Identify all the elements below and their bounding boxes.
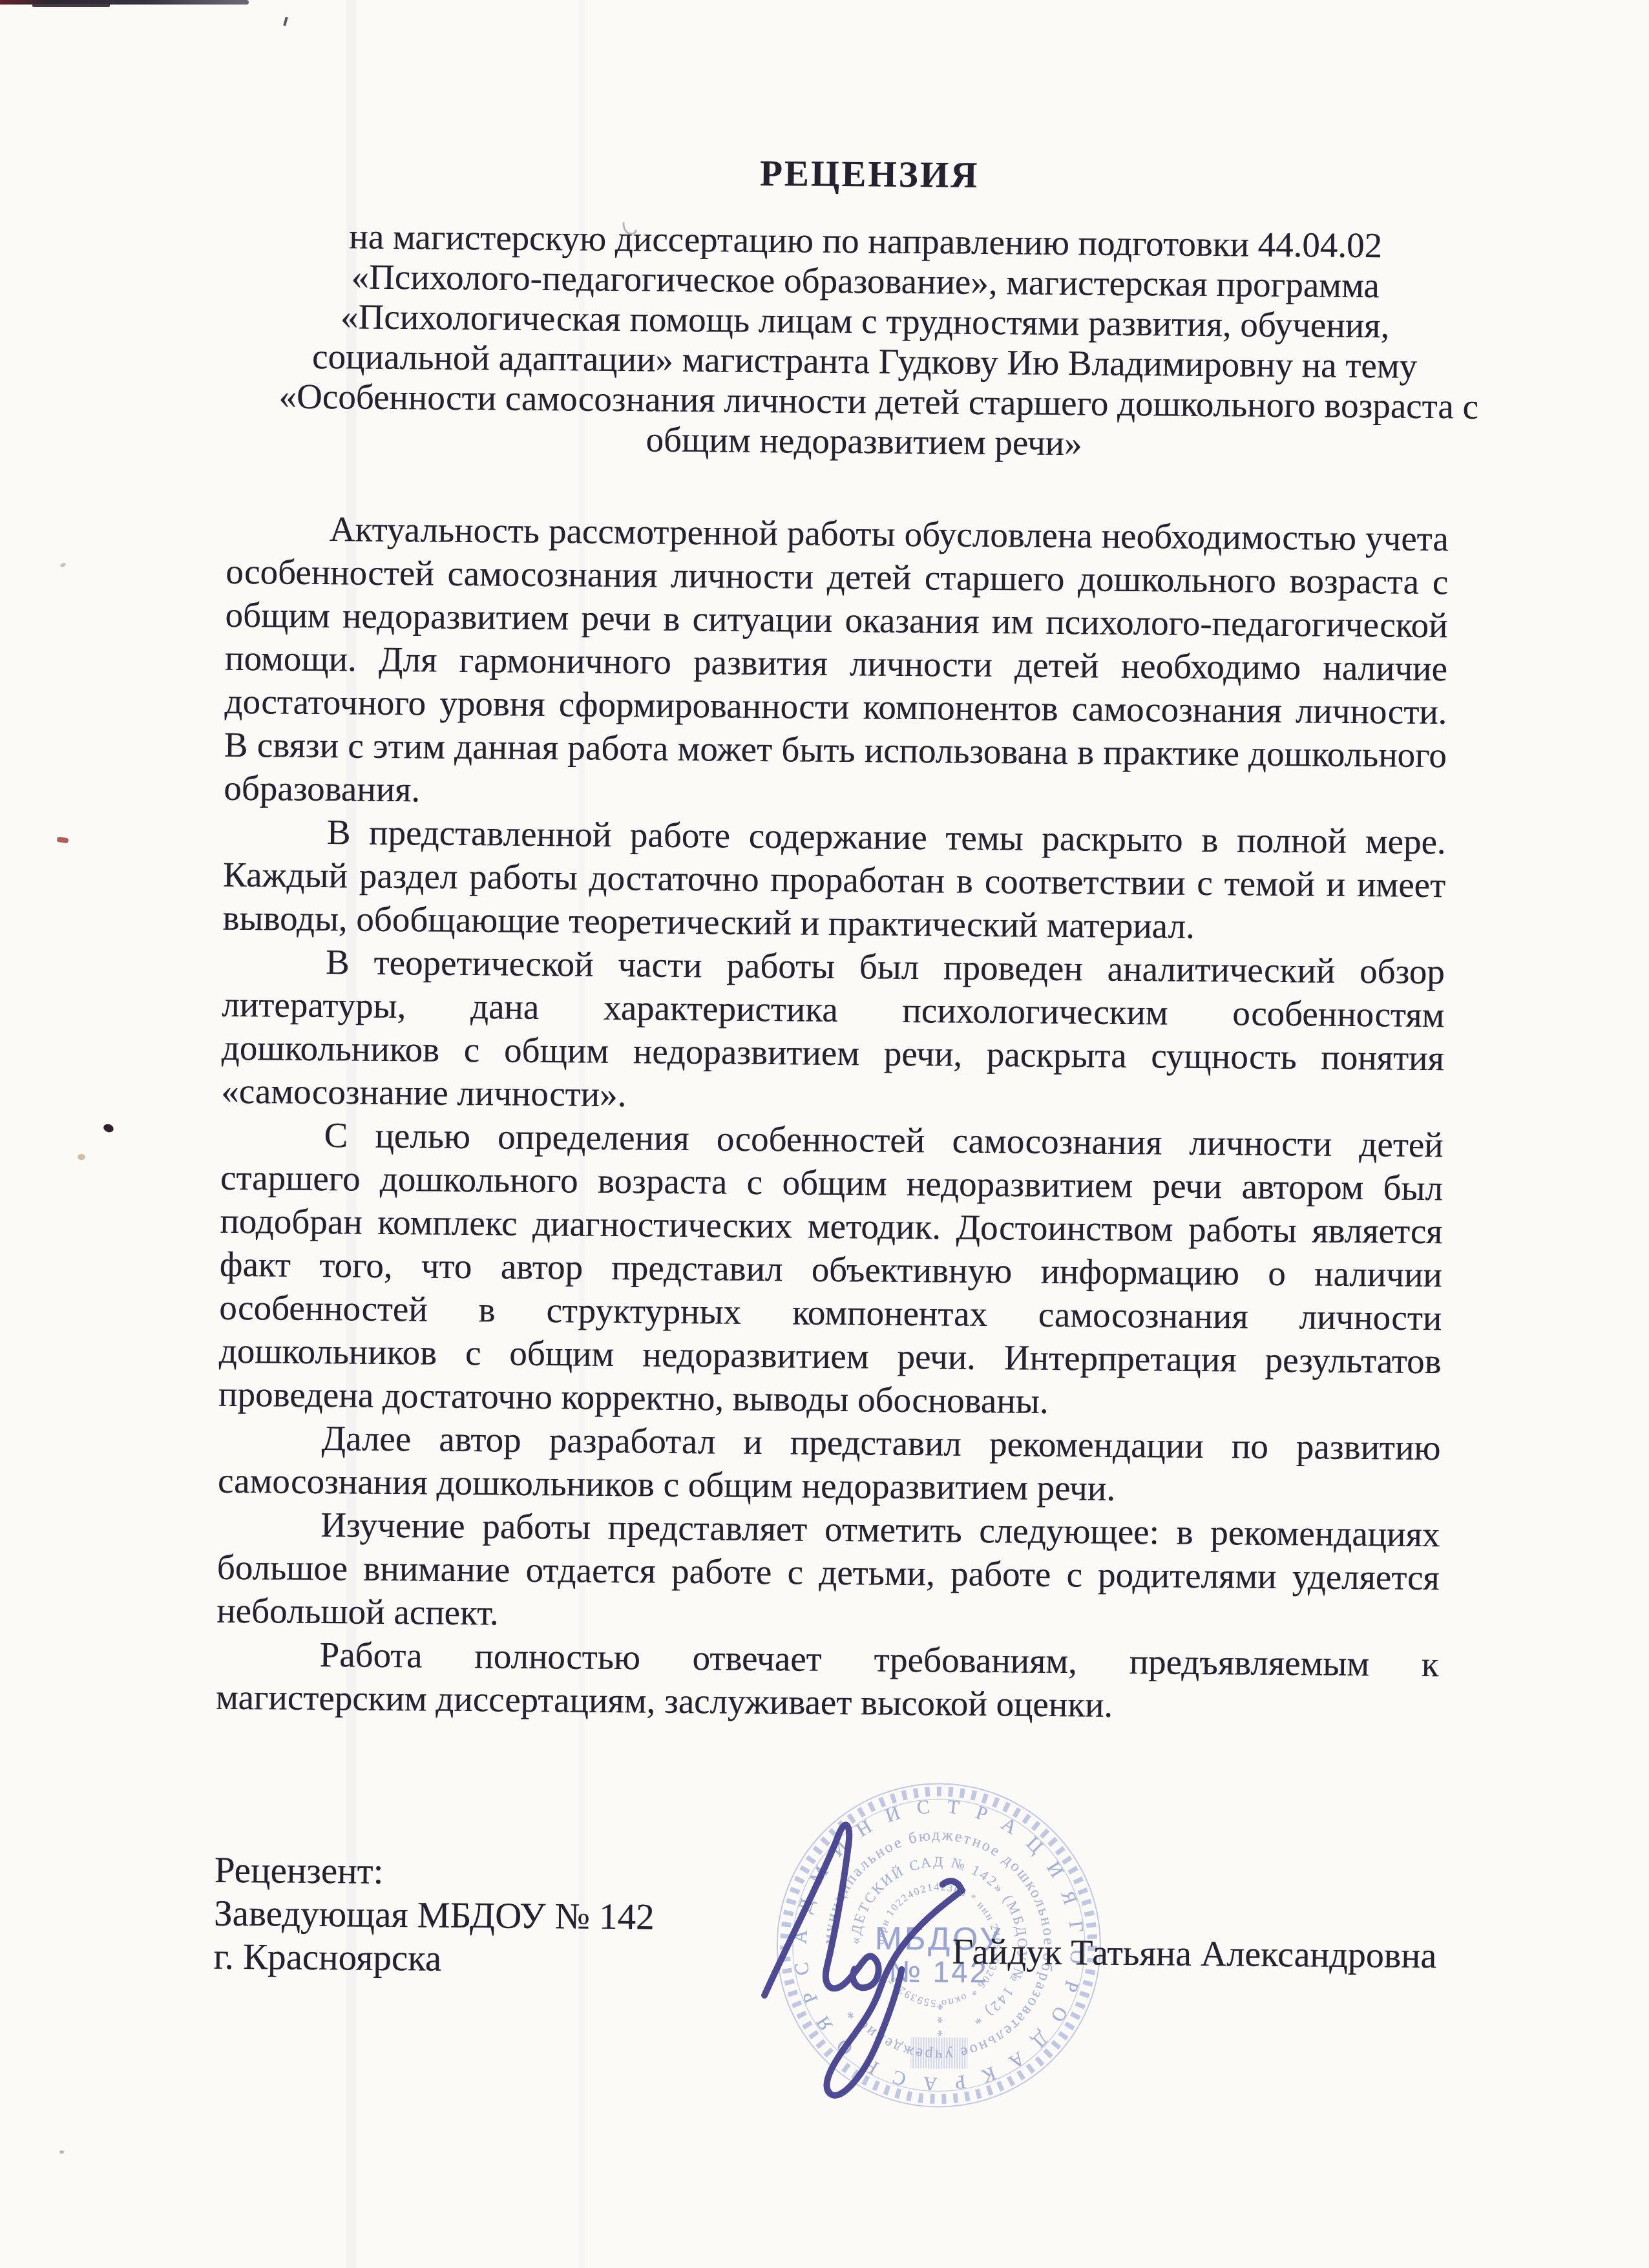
review-paragraph: С целью определения особенностей самосоз… [218, 1113, 1444, 1426]
scan-artifact [57, 837, 69, 843]
review-paragraph: Актуальность рассмотренной работы обусло… [224, 507, 1449, 820]
reviewer-name: Гайдук Татьяна Александровна [952, 1931, 1436, 1977]
review-text: Актуальность рассмотренной работы обусло… [216, 507, 1449, 1729]
document-title: РЕЦЕНЗИЯ [229, 150, 1452, 200]
scan-artifact [59, 562, 66, 568]
scan-artifact [32, 4, 110, 7]
review-paragraph: В представленной работе содержание темы … [222, 810, 1446, 950]
review-paragraph: В теоретической части работы был проведе… [221, 940, 1445, 1124]
document-page: РЕЦЕНЗИЯ на магистерскую диссертацию по … [211, 150, 1452, 2268]
review-paragraph: Далее автор разработал и представил реко… [218, 1416, 1441, 1513]
signature-block: Рецензент: Заведующая МБДОУ № 142 г. Кра… [211, 1849, 1438, 2268]
thesis-info: на магистерскую диссертацию по направлен… [227, 216, 1451, 467]
review-paragraph: Изучение работы представляет отметить сл… [216, 1502, 1440, 1643]
scan-artifact [102, 1123, 114, 1134]
review-paragraph: Работа полностью отвечает требованиям, п… [216, 1632, 1439, 1730]
scan-artifact [283, 17, 288, 26]
scan-artifact [78, 1154, 85, 1160]
scan-artifact [0, 0, 249, 5]
scan-artifact [59, 2150, 64, 2154]
scanned-review-document: { "doc": { "title": "РЕЦЕНЗИЯ", "header_… [0, 0, 1649, 2268]
